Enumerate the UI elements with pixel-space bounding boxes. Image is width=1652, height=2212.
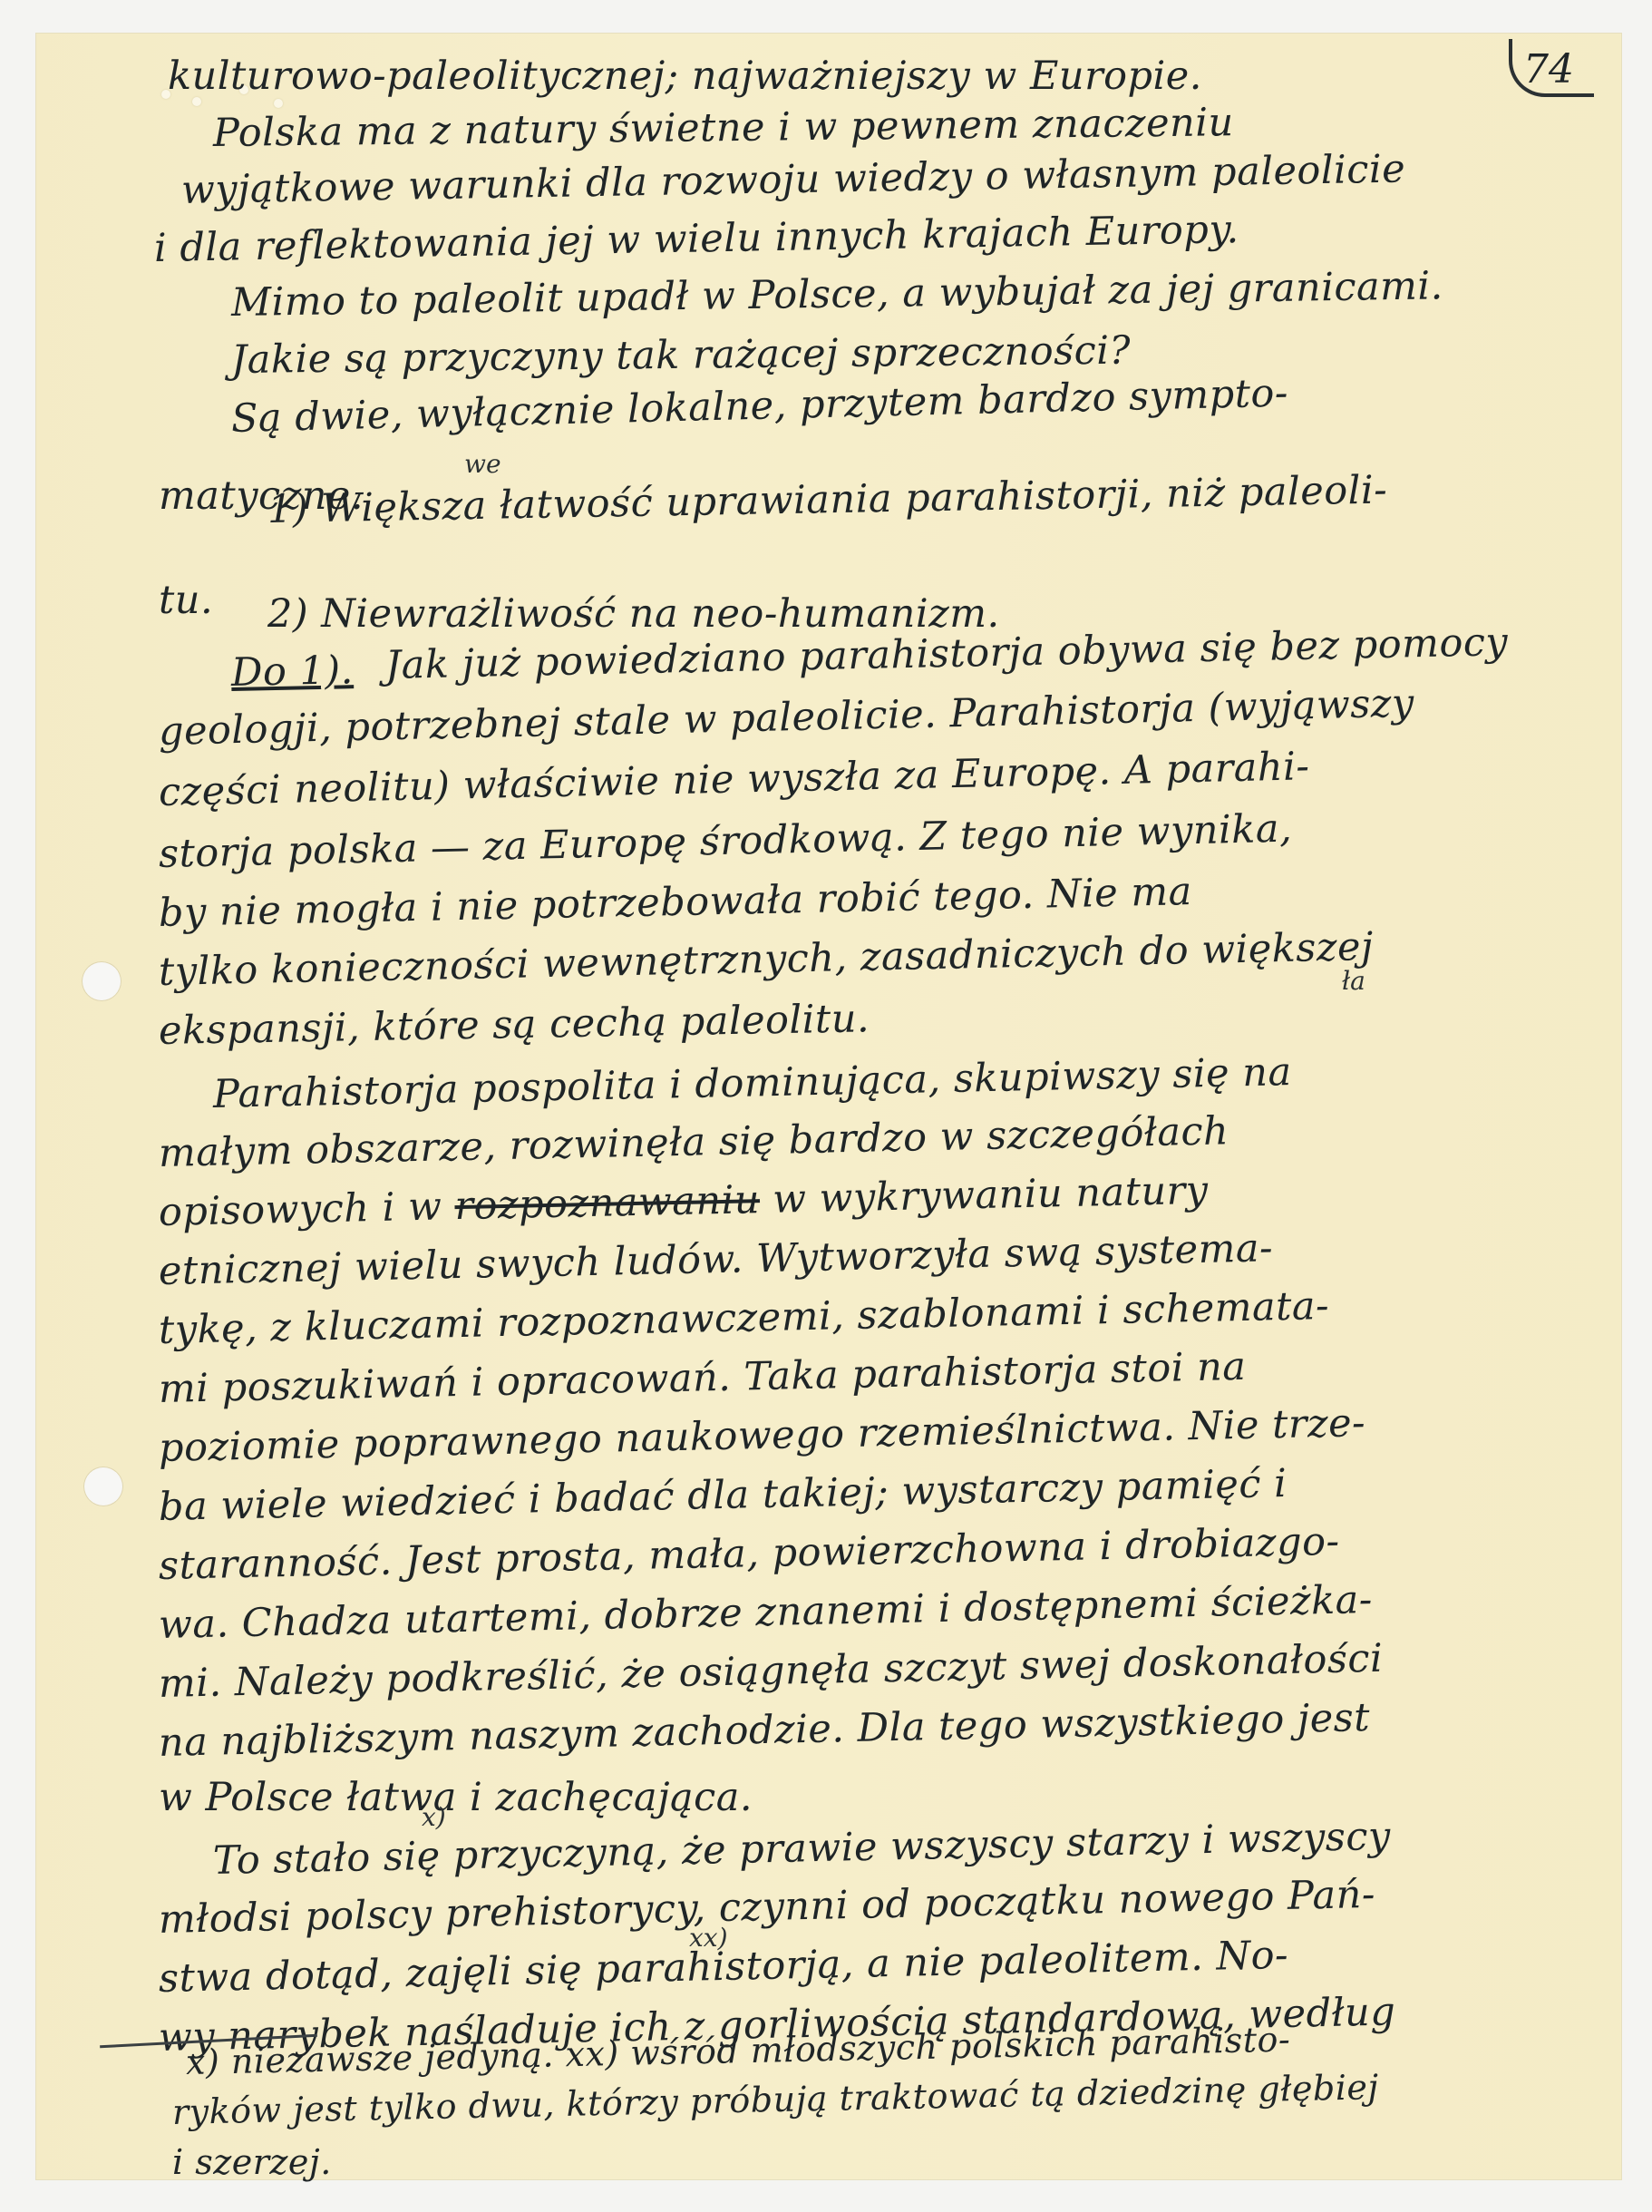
- text-fragment: w wykrywaniu natury: [759, 1168, 1209, 1223]
- text-line: 2) Niewrażliwość na neo-humanizm.: [267, 591, 1000, 637]
- text-line: i dla reflektowania jej w wielu innych k…: [154, 207, 1239, 271]
- text-line: 1) Większa łatwość uprawiania parahistor…: [267, 467, 1388, 532]
- text-line: mi. Należy podkreślić, że osiągnęła szcz…: [158, 1636, 1383, 1707]
- page-number: 74: [1523, 46, 1574, 93]
- text-line: w Polsce łatwa i zachęcająca.: [159, 1775, 753, 1820]
- text-line: poziomie poprawnego naukowego rzemieślni…: [158, 1400, 1365, 1471]
- text-line: na najbliższym naszym zachodzie. Dla teg…: [158, 1695, 1370, 1766]
- text-line: mi poszukiwań i opracowań. Taka parahist…: [158, 1344, 1246, 1412]
- text-line: storja polska — za Europę środkową. Z te…: [158, 806, 1292, 877]
- text-line: by nie mogła i nie potrzebowała robić te…: [158, 869, 1192, 936]
- text-line: etnicznej wielu swych ludów. Wytworzyła …: [158, 1225, 1273, 1294]
- punch-hole: [82, 961, 121, 1001]
- footnote-line: i szerzej.: [172, 2142, 332, 2182]
- text-line: małym obszarze, rozwinęła się bardzo w s…: [158, 1108, 1229, 1176]
- text-line: Jakie są przyczyny tak rażącej sprzeczno…: [231, 328, 1132, 383]
- text-line: tykę, z kluczami rozpoznawczemi, szablon…: [158, 1283, 1329, 1353]
- paper-dent: [274, 99, 283, 108]
- struck-word: rozpoznawaniu: [454, 1177, 761, 1229]
- text-fragment: opisowych i w: [158, 1184, 455, 1235]
- text-line: tylko konieczności wewnętrznych, zasadni…: [158, 924, 1374, 995]
- text-line: Parahistorja pospolita i dominująca, sku…: [212, 1049, 1292, 1117]
- text-line: wyjątkowe warunki dla rozwoju wiedzy o w…: [181, 146, 1406, 213]
- manuscript-page: 74 kulturowo-paleolitycznej; najważniejs…: [36, 34, 1621, 2179]
- text-line: części neolitu) właściwie nie wyszła za …: [158, 744, 1309, 815]
- text-line: To stało się przyczyną, że prawie wszysc…: [212, 1814, 1391, 1884]
- text-line: młodsi polscy prehistorycy, czynni od po…: [158, 1872, 1375, 1943]
- footnote-marker: x): [422, 1802, 446, 1832]
- interlinear-insertion: ła: [1342, 966, 1365, 996]
- punch-hole: [83, 1467, 123, 1506]
- text-line: opisowych i w rozpoznawaniu w wykrywaniu…: [158, 1168, 1209, 1235]
- text-line: ekspansji, które są cechą paleolitu.: [159, 996, 870, 1054]
- text-line: Polska ma z natury świetne i w pewnem zn…: [213, 100, 1234, 156]
- interlinear-insertion: we: [464, 449, 501, 479]
- text-line: staranność. Jest prosta, mała, powierzch…: [158, 1519, 1340, 1589]
- text-line: ba wiele wiedzieć i badać dla takiej; wy…: [158, 1461, 1287, 1530]
- text-line: Mimo to paleolit upadł w Polsce, a wybuj…: [231, 263, 1443, 326]
- text-line: wa. Chadza utartemi, dobrze znanemi i do…: [158, 1577, 1373, 1648]
- text-line: Są dwie, wyłącznie lokalne, przytem bard…: [230, 371, 1288, 442]
- text-line: kulturowo-paleolitycznej; najważniejszy …: [168, 54, 1202, 99]
- text-line: tu.: [159, 578, 213, 623]
